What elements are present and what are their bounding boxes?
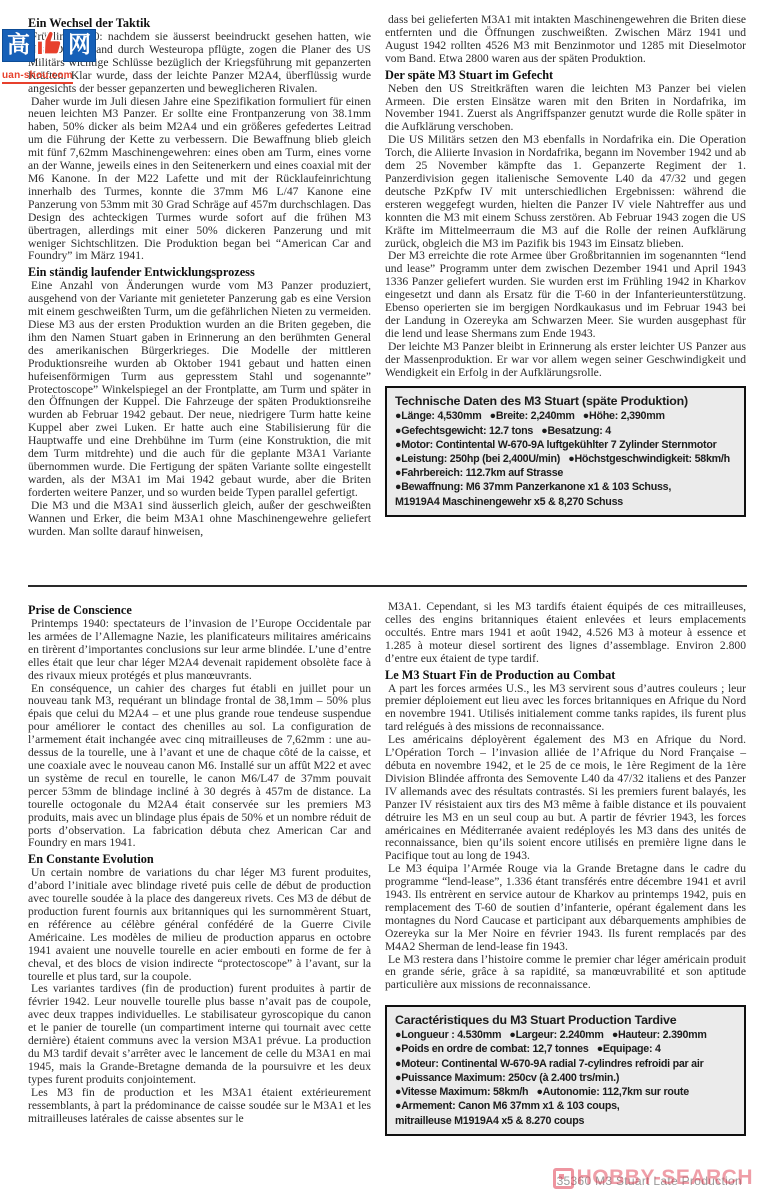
spec-box-title: Technische Daten des M3 Stuart (späte Pr… [395, 393, 736, 409]
body-paragraph: Un certain nombre de variations du char … [28, 867, 371, 983]
french-column-left: Prise de ConsciencePrintemps 1940: spect… [28, 601, 371, 1125]
scanned-instruction-page: { "watermark_top": { "char_left": "高", "… [0, 0, 757, 1200]
spec-box-german: Technische Daten des M3 Stuart (späte Pr… [385, 386, 746, 516]
body-paragraph: Les américains déployèrent également des… [385, 734, 746, 863]
body-paragraph: Der M3 erreichte die rote Armee über Gro… [385, 250, 746, 340]
spec-line: ●Leistung: 250hp (bei 2,400U/min) ●Höchs… [395, 452, 736, 466]
spec-line: ●Gefechtsgewicht: 12.7 tons ●Besatzung: … [395, 424, 736, 438]
spec-line: ●Armement: Canon M6 37mm x1 & 103 coups, [395, 1099, 736, 1113]
body-paragraph: Neben den US Streitkräften waren die lei… [385, 83, 746, 135]
hobby-search-watermark: HOBBY-SEARCH [553, 1166, 753, 1190]
body-paragraph: Daher wurde im Juli diesen Jahre eine Sp… [28, 96, 371, 264]
logo-square-left: 高 [2, 29, 35, 62]
spec-line: ●Motor: Contintental W-670-9A luftgekühl… [395, 438, 736, 452]
spec-line: ●Puissance Maximum: 250cv (à 2.400 trs/m… [395, 1071, 736, 1085]
body-paragraph: Die M3 und die M3A1 sind äusserlich glei… [28, 500, 371, 539]
body-paragraph: Le M3 équipa l’Armée Rouge via la Grande… [385, 863, 746, 953]
spec-box-lines: ●Länge: 4,530mm ●Breite: 2,240mm ●Höhe: … [395, 409, 736, 508]
spec-box-title: Caractéristiques du M3 Stuart Production… [395, 1012, 736, 1028]
hobby-search-icon [553, 1168, 574, 1189]
body-paragraph: Les variantes tardives (fin de productio… [28, 983, 371, 1086]
body-paragraph: Le M3 restera dans l’histoire comme le p… [385, 954, 746, 993]
spec-line: M1919A4 Maschinengewehr x5 & 8,270 Schus… [395, 495, 736, 509]
spec-box-lines: ●Longueur : 4.530mm ●Largeur: 2.240mm ●H… [395, 1028, 736, 1127]
body-paragraph: dass bei gelieferten M3A1 mit intakten M… [385, 14, 746, 66]
body-paragraph: Printemps 1940: spectateurs de l’invasio… [28, 618, 371, 683]
thumbs-up-icon [32, 26, 66, 65]
spec-line: ●Länge: 4,530mm ●Breite: 2,240mm ●Höhe: … [395, 409, 736, 423]
section-heading: Ein ständig laufender Entwicklungsprozes… [28, 265, 371, 279]
section-heading: Le M3 Stuart Fin de Production au Combat [385, 668, 746, 682]
body-paragraph: Die US Militärs setzen den M3 ebenfalls … [385, 134, 746, 250]
section-divider [28, 585, 747, 587]
hobby-search-watermark-text: HOBBY-SEARCH [577, 1166, 753, 1190]
body-paragraph: Der leichte M3 Panzer bleibt in Erinneru… [385, 341, 746, 380]
section-heading: En Constante Evolution [28, 852, 371, 866]
body-paragraph: Les M3 fin de production et les M3A1 éta… [28, 1087, 371, 1126]
spec-line: ●Fahrbereich: 112.7km auf Strasse [395, 466, 736, 480]
body-paragraph: En conséquence, un cahier des charges fu… [28, 683, 371, 851]
site-watermark-logo: 高 网 uan-shou.com [2, 26, 112, 84]
spec-line: mitrailleuse M1919A4 x5 & 8.270 coups [395, 1114, 736, 1128]
spec-line: ●Bewaffnung: M6 37mm Panzerkanone x1 & 1… [395, 480, 736, 494]
section-heading: Der späte M3 Stuart im Gefecht [385, 68, 746, 82]
spec-line: ●Longueur : 4.530mm ●Largeur: 2.240mm ●H… [395, 1028, 736, 1042]
watermark-url-text: uan-shou.com [2, 71, 73, 84]
spec-line: ●Vitesse Maximum: 58km/h ●Autonomie: 112… [395, 1085, 736, 1099]
spec-line: ●Poids en ordre de combat: 12,7 tonnes ●… [395, 1042, 736, 1056]
body-paragraph: A part les forces armées U.S., les M3 se… [385, 683, 746, 735]
german-column-right: dass bei gelieferten M3A1 mit intakten M… [385, 14, 746, 517]
spec-line: ●Moteur: Continental W-670-9A radial 7-c… [395, 1057, 736, 1071]
logo-square-right: 网 [63, 29, 96, 62]
french-column-right: M3A1. Cependant, si les M3 tardifs étaie… [385, 601, 746, 1136]
spec-box-french: Caractéristiques du M3 Stuart Production… [385, 1005, 746, 1135]
french-column-right-text: M3A1. Cependant, si les M3 tardifs étaie… [385, 601, 746, 992]
german-column-left: Ein Wechsel der TaktikFrühling 1940: nac… [28, 14, 371, 538]
body-paragraph: M3A1. Cependant, si les M3 tardifs étaie… [385, 601, 746, 666]
german-column-right-text: dass bei gelieferten M3A1 mit intakten M… [385, 14, 746, 379]
section-heading: Prise de Conscience [28, 603, 371, 617]
body-paragraph: Eine Anzahl von Änderungen wurde vom M3 … [28, 280, 371, 499]
